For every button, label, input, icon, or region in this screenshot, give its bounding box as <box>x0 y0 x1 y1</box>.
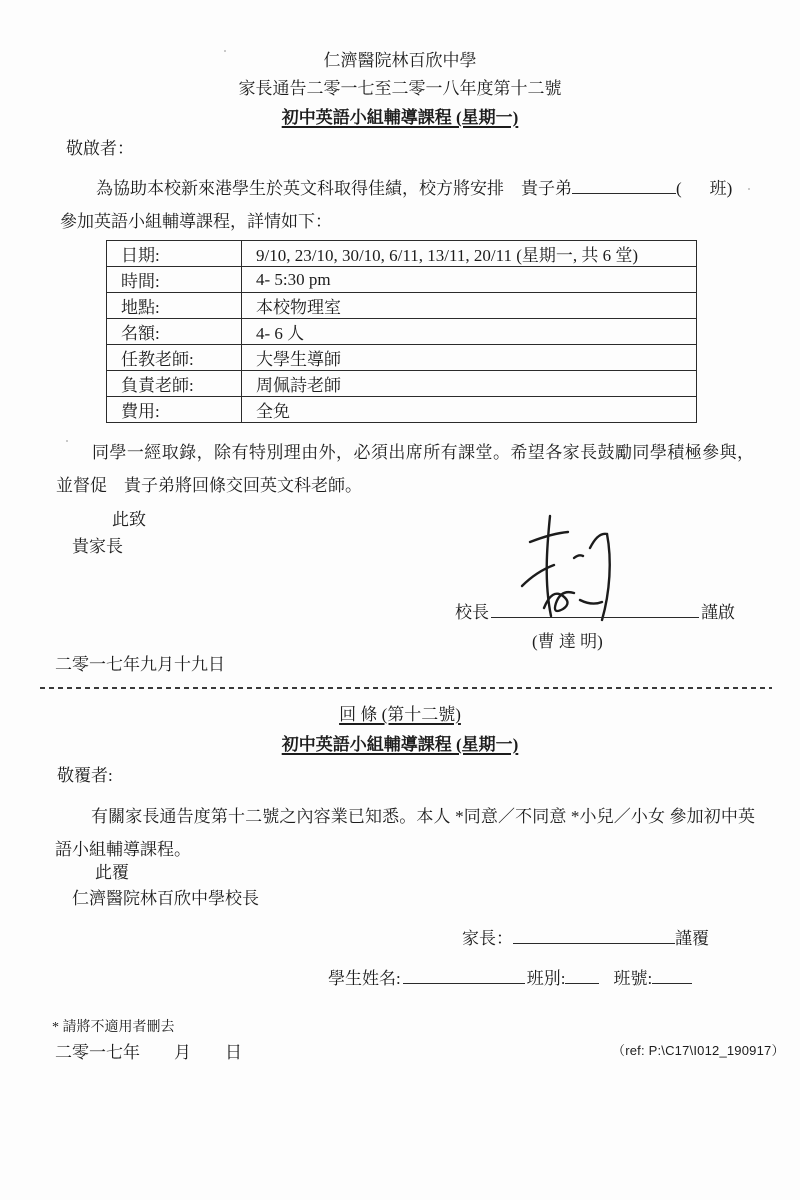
table-row: 費用:全免 <box>107 397 697 423</box>
class-no-line <box>652 966 692 984</box>
class-label: 班別: <box>527 964 566 989</box>
row-value: 全免 <box>242 397 697 423</box>
course-details-table: 日期:9/10, 23/10, 30/10, 6/11, 13/11, 20/1… <box>106 240 697 423</box>
notice-number-line: 家長通告二零一七至二零一八年度第十二號 <box>0 74 800 99</box>
paragraph-1: 為協助本校新來港學生於英文科取得佳績，校方將安排 貴子弟(班) 參加英語小組輔導… <box>60 172 760 238</box>
letter-date: 二零一七年九月十九日 <box>55 650 225 675</box>
reply-date-blank: 二零一七年 月 日 <box>55 1038 242 1063</box>
row-label: 日期: <box>107 241 242 267</box>
reply-slip-subject: 初中英語小組輔導課程 (星期一) <box>0 730 800 755</box>
student-info-row: 學生姓名: 班別: 班號: <box>328 964 692 989</box>
parent-signoff: 謹覆 <box>675 924 709 949</box>
table-row: 名額:4- 6 人 <box>107 319 697 345</box>
table-row: 任教老師:大學生導師 <box>107 345 697 371</box>
file-reference: （ref: P:\C17\I012_190917） <box>612 1040 785 1059</box>
class-no-label: 班號: <box>613 964 652 989</box>
paragraph-2: 同學一經取錄，除有特別理由外，必須出席所有課堂。希望各家長鼓勵同學積極參與，並督… <box>56 436 754 502</box>
principal-signature-line <box>491 600 699 618</box>
principal-sign-row: 校長 謹啟 <box>455 598 735 623</box>
reply-slip-title: 回 條 (第十二號) <box>0 700 800 725</box>
table-row: 地點:本校物理室 <box>107 293 697 319</box>
row-value: 4- 6 人 <box>242 319 697 345</box>
class-line <box>565 966 599 984</box>
reply-closing: 此覆 <box>95 858 129 883</box>
reply-body: 有關家長通告度第十二號之內容業已知悉。本人 *同意／不同意 *小兒／小女 參加初… <box>55 800 755 866</box>
class-paren-close: 班) <box>710 179 733 198</box>
row-label: 名額: <box>107 319 242 345</box>
scan-speck <box>748 188 750 190</box>
principal-name: (曹 達 明) <box>532 627 603 652</box>
notice-subject-text: 初中英語小組輔導課程 (星期一) <box>282 108 519 127</box>
paragraph-1-line2: 參加英語小組輔導課程，詳情如下： <box>60 212 332 231</box>
closing-cizhi: 此致 <box>112 505 146 530</box>
student-name-line <box>403 966 525 984</box>
reply-salutation: 敬覆者: <box>57 761 113 786</box>
principal-label: 校長 <box>455 598 489 623</box>
principal-signoff: 謹啟 <box>701 598 735 623</box>
row-value: 大學生導師 <box>242 345 697 371</box>
reply-slip-title-text: 回 條 (第十二號) <box>339 705 461 724</box>
notice-subject: 初中英語小組輔導課程 (星期一) <box>0 103 800 128</box>
parent-sign-row: 家長： 謹覆 <box>462 924 709 949</box>
row-label: 地點: <box>107 293 242 319</box>
parent-label: 家長： <box>462 924 513 949</box>
delete-inapplicable-footnote: * 請將不適用者刪去 <box>52 1016 175 1036</box>
paragraph-1-lead: 為協助本校新來港學生於英文科取得佳績，校方將安排 貴子弟 <box>96 179 572 198</box>
class-paren-open: ( <box>676 179 682 198</box>
row-label: 任教老師: <box>107 345 242 371</box>
student-name-blank <box>572 175 676 194</box>
table-row: 日期:9/10, 23/10, 30/10, 6/11, 13/11, 20/1… <box>107 241 697 267</box>
row-label: 負責老師: <box>107 371 242 397</box>
school-name: 仁濟醫院林百欣中學 <box>0 46 800 71</box>
table-row: 負責老師:周佩詩老師 <box>107 371 697 397</box>
scanned-notice-document: 仁濟醫院林百欣中學 家長通告二零一七至二零一八年度第十二號 初中英語小組輔導課程… <box>0 0 800 1200</box>
row-value: 9/10, 23/10, 30/10, 6/11, 13/11, 20/11 (… <box>242 241 697 267</box>
salutation: 敬啟者： <box>66 134 134 159</box>
student-name-label: 學生姓名: <box>328 964 401 989</box>
recipient-parents: 貴家長 <box>72 532 123 557</box>
row-label: 費用: <box>107 397 242 423</box>
scan-speck <box>224 50 226 52</box>
scan-speck <box>66 440 68 442</box>
cut-line-separator <box>40 687 772 689</box>
row-value: 本校物理室 <box>242 293 697 319</box>
row-label: 時間: <box>107 267 242 293</box>
row-value: 周佩詩老師 <box>242 371 697 397</box>
parent-signature-line <box>513 926 675 944</box>
reply-slip-subject-text: 初中英語小組輔導課程 (星期一) <box>282 735 519 754</box>
reply-addressee: 仁濟醫院林百欣中學校長 <box>72 884 259 909</box>
row-value: 4- 5:30 pm <box>242 267 697 293</box>
table-row: 時間:4- 5:30 pm <box>107 267 697 293</box>
